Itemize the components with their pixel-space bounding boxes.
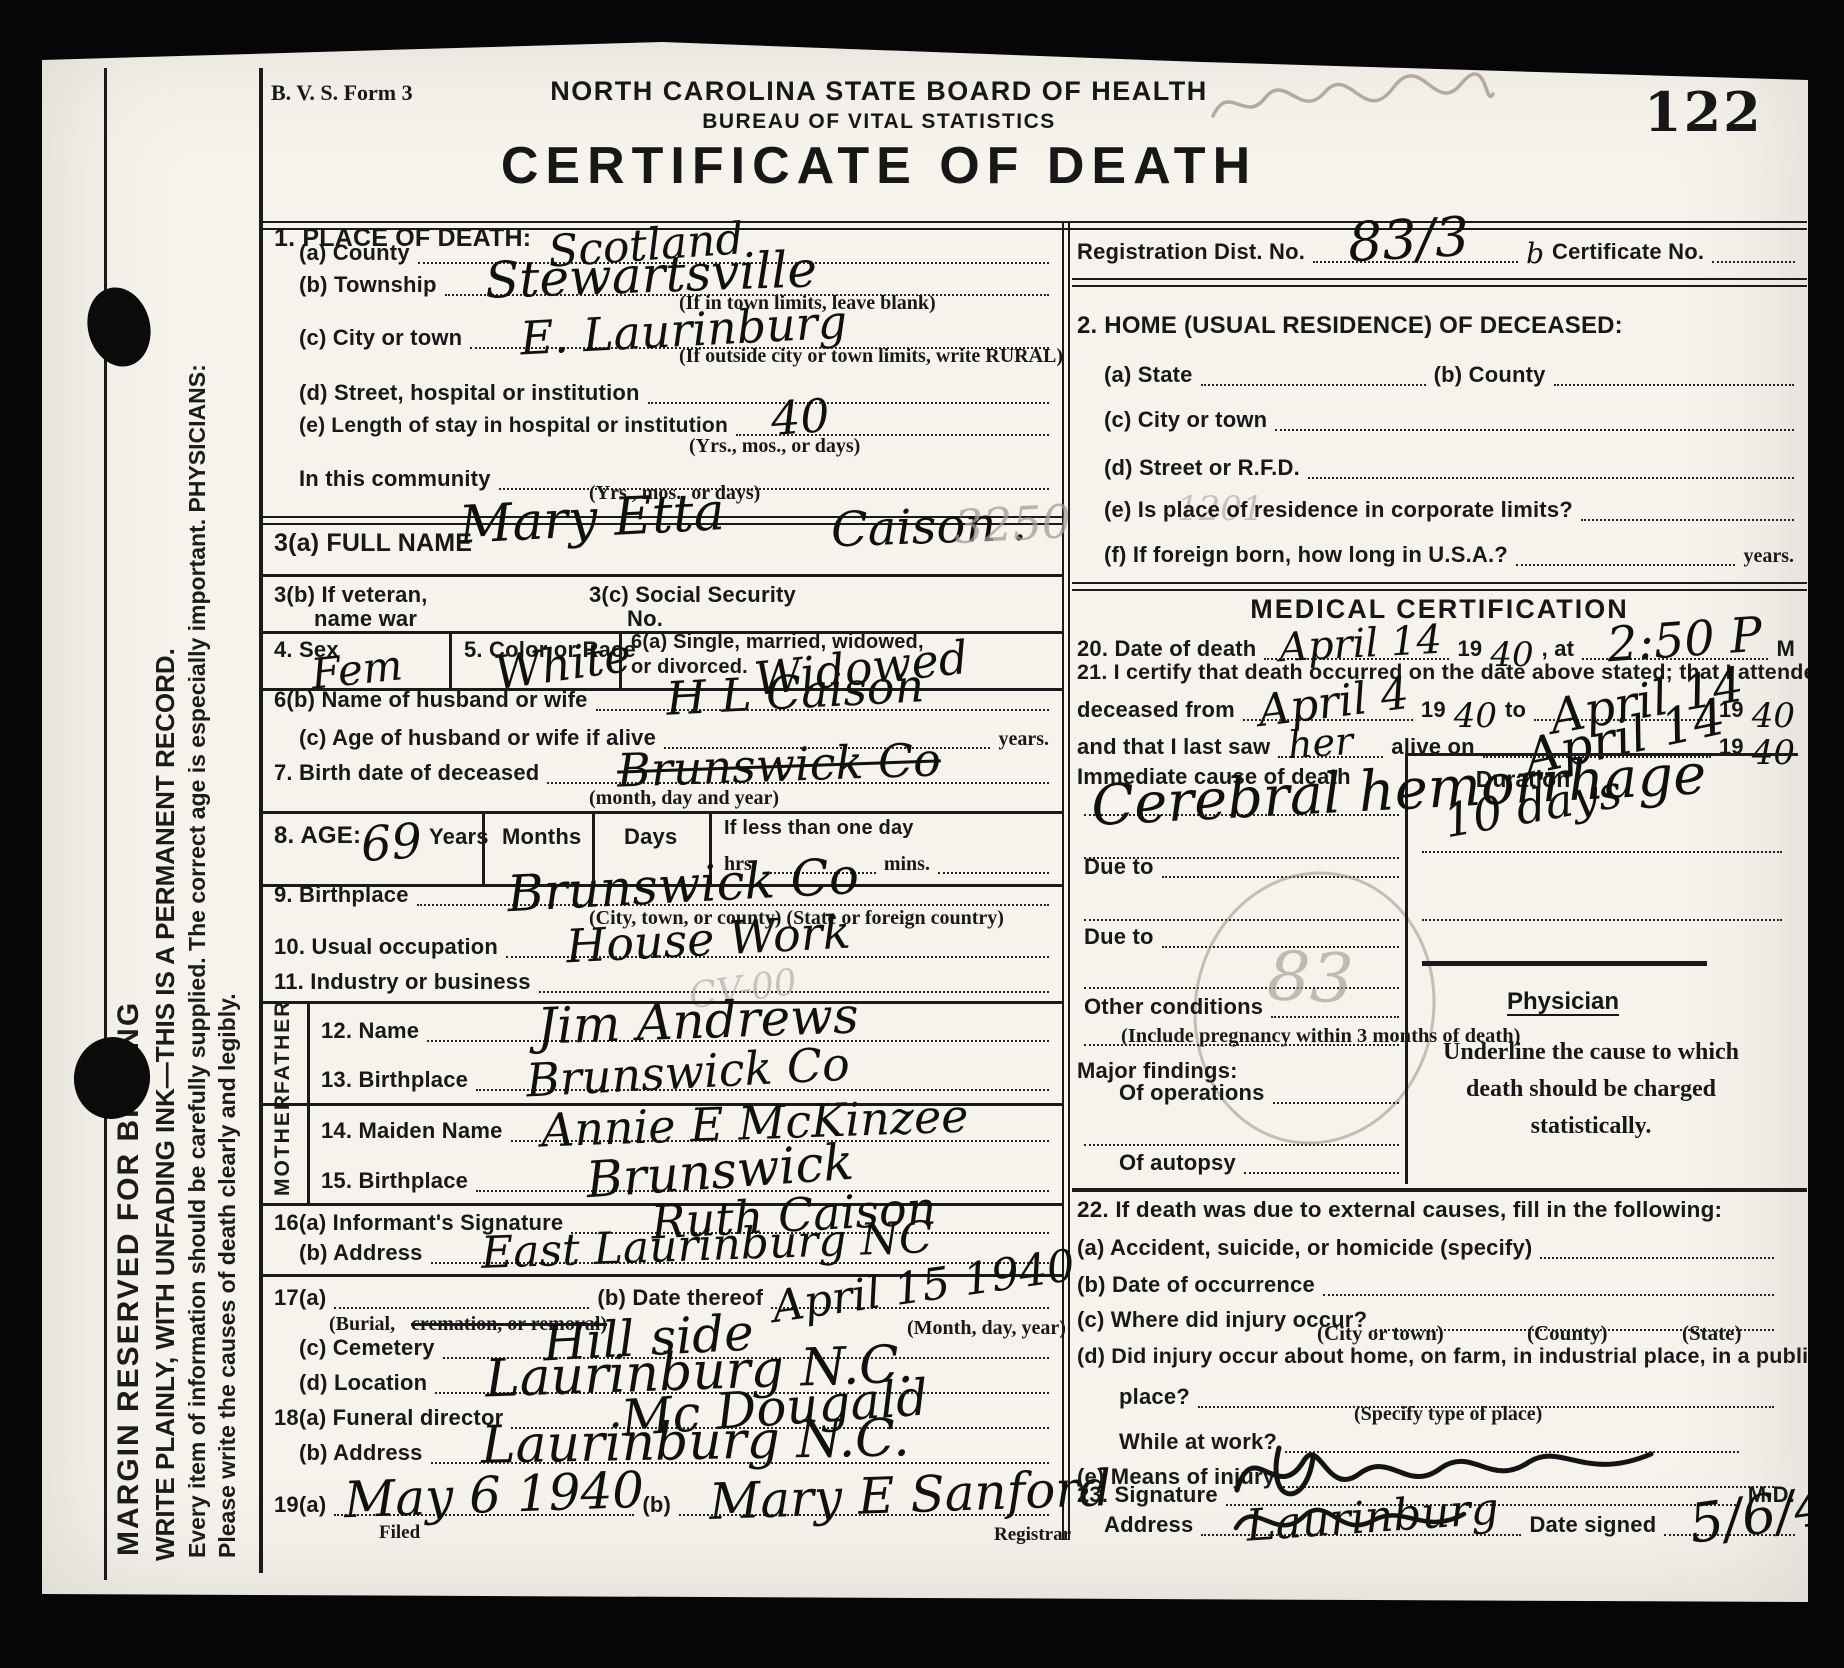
birthdate-label: 7. Birth date of deceased bbox=[274, 762, 539, 784]
margin-permanent-record-text: WRITE PLAINLY, WITH UNFADING INK—THIS IS… bbox=[150, 616, 181, 1561]
birthplace-line: Brunswick Co bbox=[417, 900, 1049, 906]
birthplace-label: 9. Birthplace bbox=[274, 884, 409, 906]
community-label: In this community bbox=[299, 468, 491, 490]
external-causes-top-rule bbox=[1072, 1188, 1807, 1192]
of-operations-label: Of operations bbox=[1119, 1082, 1265, 1104]
age-mins-label: mins. bbox=[884, 854, 930, 874]
age-label: 8. AGE: bbox=[274, 824, 361, 848]
registration-district-line: 83/3 bbox=[1313, 257, 1518, 263]
bureau-title: BUREAU OF VITAL STATISTICS bbox=[259, 110, 1499, 134]
stay-value: 40 bbox=[770, 395, 831, 440]
last-saw-value: her bbox=[1287, 724, 1354, 763]
attended-from-label: deceased from bbox=[1077, 699, 1235, 721]
home-corporate-line bbox=[1581, 515, 1794, 521]
home-heading: 2. HOME (USUAL RESIDENCE) OF DECEASED: bbox=[1077, 314, 1623, 338]
filed-date-value: May 6 1940 bbox=[344, 1468, 645, 1523]
father-side-label: FATHER bbox=[271, 1014, 295, 1094]
dod-year-printed: 19 bbox=[1457, 638, 1482, 660]
pencil-number-1: 3250 bbox=[953, 501, 1072, 548]
physician-underline-note: Underline the cause to which death shoul… bbox=[1426, 1034, 1756, 1146]
registration-bottom-rule bbox=[1072, 278, 1807, 287]
informant-address-label: (b) Address bbox=[299, 1242, 423, 1264]
physician-label: Physician bbox=[1408, 988, 1718, 1016]
birthdate-line: Brunswick Co bbox=[547, 778, 1049, 784]
street-label: (d) Street, hospital or institution bbox=[299, 382, 640, 404]
date-signed-label: Date signed bbox=[1529, 1514, 1656, 1536]
county-label: (a) County bbox=[299, 242, 410, 264]
mother-side-label: MOTHER bbox=[271, 1114, 295, 1196]
birthdate-note: (month, day and year) bbox=[589, 788, 779, 808]
last-saw-label: and that I last saw bbox=[1077, 736, 1270, 758]
registrar-line: Mary E Sanford bbox=[679, 1510, 1049, 1516]
home-state-line bbox=[1201, 380, 1426, 386]
veteran-label-2: name war bbox=[314, 608, 417, 630]
injury-place-note: (Specify type of place) bbox=[1354, 1404, 1542, 1424]
burial-date-line: April 15 1940 bbox=[771, 1303, 1049, 1309]
attended-to-label: to bbox=[1505, 699, 1526, 721]
age-years-value: 69 bbox=[360, 820, 424, 867]
husband-label: 6(b) Name of husband or wife bbox=[274, 689, 588, 711]
husband-line: H L Caison bbox=[596, 705, 1049, 711]
father-birthplace-label: 13. Birthplace bbox=[321, 1069, 468, 1091]
age-months-label: Months bbox=[502, 826, 581, 848]
scanned-certificate: MARGIN RESERVED FOR BINDING WRITE PLAINL… bbox=[0, 0, 1844, 1668]
birthdate-value-struck: Brunswick Co bbox=[617, 739, 942, 792]
ssn-label-2: No. bbox=[627, 608, 663, 630]
funeral-address-line: Laurinburg N.C. bbox=[431, 1458, 1049, 1464]
margin-instructions-line1: Every item of information should be care… bbox=[184, 88, 211, 1558]
spouse-age-suffix: years. bbox=[998, 729, 1049, 749]
occupation-line: House Work bbox=[506, 952, 1049, 958]
hole-punch-top bbox=[79, 281, 159, 374]
father-birthplace-value: Brunswick Co bbox=[525, 1043, 851, 1101]
registrar-paren-label: (b) bbox=[642, 1494, 671, 1516]
funeral-director-label: 18(a) Funeral director bbox=[274, 1407, 503, 1429]
injury-place-question-1: (d) Did injury occur about home, on farm… bbox=[1077, 1346, 1820, 1368]
page-title: CERTIFICATE OF DEATH bbox=[259, 136, 1499, 196]
from-year-value: 40 bbox=[1454, 706, 1497, 726]
spouse-age-label: (c) Age of husband or wife if alive bbox=[299, 727, 656, 749]
injury-state-note: (State) bbox=[1682, 1323, 1741, 1344]
accident-label: (a) Accident, suicide, or homicide (spec… bbox=[1077, 1237, 1532, 1259]
column-divider bbox=[1062, 222, 1070, 1540]
veteran-label-1: 3(b) If veteran, bbox=[274, 584, 428, 606]
home-street-line bbox=[1308, 473, 1794, 479]
physician-signature-scrawl bbox=[1219, 1424, 1689, 1516]
burial-label: 17(a) bbox=[274, 1287, 326, 1309]
certificate-number-line: 2 bbox=[1712, 257, 1795, 263]
fullname-label: 3(a) FULL NAME bbox=[274, 531, 472, 556]
age-days-label: Days bbox=[624, 826, 677, 848]
home-city-line bbox=[1275, 425, 1794, 431]
occurrence-date-label: (b) Date of occurrence bbox=[1077, 1274, 1315, 1296]
city-label: (c) City or town bbox=[299, 327, 462, 349]
other-conditions-line bbox=[1271, 1012, 1399, 1018]
last-saw-line: her bbox=[1278, 752, 1383, 758]
of-autopsy-label: Of autopsy bbox=[1119, 1152, 1236, 1174]
funeral-address-label: (b) Address bbox=[299, 1442, 423, 1464]
occurrence-date-line bbox=[1323, 1290, 1774, 1296]
dod-at-label: , at bbox=[1542, 638, 1575, 660]
physician-signature-label: 23. Signature bbox=[1077, 1484, 1218, 1506]
other-spacer-line bbox=[1084, 1041, 1399, 1046]
township-label: (b) Township bbox=[299, 274, 437, 296]
mother-birthplace-label: 15. Birthplace bbox=[321, 1170, 468, 1192]
home-county-label: (b) County bbox=[1434, 364, 1546, 386]
age-years-label: Years bbox=[429, 826, 489, 848]
parents-side-divider bbox=[307, 1001, 310, 1203]
mother-name-label: 14. Maiden Name bbox=[321, 1120, 503, 1142]
date-signed-line: 5/6/40 bbox=[1664, 1530, 1795, 1536]
age-cell-divider-1 bbox=[482, 811, 485, 884]
filed-label: 19(a) bbox=[274, 1494, 326, 1516]
father-name-label: 12. Name bbox=[321, 1020, 419, 1042]
father-name-line: Jim Andrews bbox=[427, 1036, 1049, 1042]
home-foreign-line bbox=[1516, 560, 1736, 566]
registrar-value: Mary E Sanford bbox=[708, 1466, 1112, 1525]
margin-instructions-line2: Please write the causes of death clearly… bbox=[214, 88, 241, 1558]
home-corporate-label: (e) Is place of residence in corporate l… bbox=[1104, 499, 1573, 521]
other-conditions-label: Other conditions bbox=[1084, 996, 1263, 1018]
physician-heavy-rule bbox=[1422, 961, 1707, 966]
form-area: B. V. S. Form 3 NORTH CAROLINA STATE BOA… bbox=[259, 26, 1807, 1602]
form-left-border bbox=[259, 68, 263, 1573]
dod-m-label: M bbox=[1776, 638, 1795, 660]
home-bottom-rule bbox=[1072, 582, 1807, 591]
occupation-label: 10. Usual occupation bbox=[274, 936, 498, 958]
burial-line bbox=[334, 1303, 589, 1309]
funeral-address-value: Laurinburg N.C. bbox=[480, 1415, 909, 1469]
home-foreign-label: (f) If foreign born, how long in U.S.A.? bbox=[1104, 544, 1508, 566]
cemetery-label: (c) Cemetery bbox=[299, 1337, 435, 1359]
certificate-stamp-number: 122 bbox=[1644, 80, 1763, 144]
certificate-paper: MARGIN RESERVED FOR BINDING WRITE PLAINL… bbox=[42, 26, 1808, 1602]
age-less-label: If less than one day bbox=[724, 818, 914, 838]
certificate-number-value: 2 bbox=[1810, 217, 1844, 267]
to-year-value: 40 bbox=[1752, 706, 1795, 726]
injury-city-note: (City or town) bbox=[1317, 1323, 1444, 1344]
fullname-first-value: Mary Etta bbox=[458, 489, 726, 550]
filed-line: May 6 1940 bbox=[334, 1510, 634, 1516]
cemetery-location-label: (d) Location bbox=[299, 1372, 427, 1394]
accident-line bbox=[1540, 1253, 1774, 1259]
from-year-printed: 19 bbox=[1421, 699, 1446, 721]
sex-cell-divider-2 bbox=[619, 631, 622, 688]
informant-address-value: East Laurinburg NC bbox=[480, 1219, 933, 1274]
registration-district-value: 83/3 bbox=[1347, 213, 1471, 268]
injury-county-note: (County) bbox=[1527, 1323, 1608, 1344]
home-county-line bbox=[1554, 380, 1794, 386]
of-operations-line bbox=[1273, 1098, 1399, 1104]
home-street-label: (d) Street or R.F.D. bbox=[1104, 457, 1300, 479]
home-city-label: (c) City or town bbox=[1104, 409, 1267, 431]
due-to-1-line bbox=[1162, 872, 1399, 878]
street-line bbox=[648, 398, 1049, 404]
of-autopsy-line bbox=[1244, 1168, 1399, 1174]
physician-address-label: Address bbox=[1104, 1514, 1193, 1536]
ssn-label-1: 3(c) Social Security bbox=[589, 584, 796, 606]
registration-district-suffix: b bbox=[1526, 246, 1544, 263]
home-state-label: (a) State bbox=[1104, 364, 1193, 386]
registrar-caption: Registrar bbox=[994, 1525, 1071, 1544]
stay-note: (Yrs., mos., or days) bbox=[689, 436, 860, 456]
duration-line-2 bbox=[1422, 916, 1782, 921]
city-note: (If outside city or town limits, write R… bbox=[679, 346, 1063, 366]
date-of-death-label: 20. Date of death bbox=[1077, 638, 1256, 660]
fullname-bottom-rule bbox=[259, 574, 1062, 577]
sex-cell-divider-1 bbox=[449, 631, 452, 688]
due-to-2-label: Due to bbox=[1084, 926, 1154, 948]
due-to-1-label: Due to bbox=[1084, 856, 1154, 878]
external-causes-heading: 22. If death was due to external causes,… bbox=[1077, 1199, 1722, 1222]
stay-label: (e) Length of stay in hospital or instit… bbox=[299, 415, 728, 436]
duration-line-1 bbox=[1422, 848, 1782, 853]
board-title: NORTH CAROLINA STATE BOARD OF HEALTH bbox=[259, 76, 1499, 107]
industry-label: 11. Industry or business bbox=[274, 971, 531, 993]
occupation-value: House Work bbox=[565, 911, 851, 967]
certificate-number-label: Certificate No. bbox=[1552, 241, 1704, 263]
home-foreign-years-suffix: years. bbox=[1743, 546, 1794, 566]
age-mins-line bbox=[938, 868, 1049, 874]
registration-district-label: Registration Dist. No. bbox=[1077, 241, 1305, 263]
filed-caption: Filed bbox=[379, 1523, 420, 1542]
age-top-rule bbox=[259, 811, 1062, 814]
injury-place-question-2: place? bbox=[1119, 1386, 1190, 1408]
